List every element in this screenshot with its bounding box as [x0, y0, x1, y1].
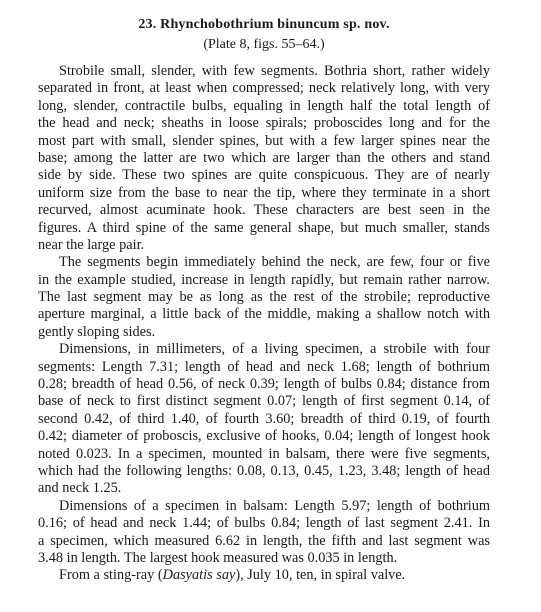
text-line: 3.48 in length. The largest hook measure… — [38, 550, 490, 567]
text-line: Dimensions of a specimen in balsam: Leng… — [38, 498, 490, 515]
paragraph-living-specimen-dimensions: Dimensions, in millimeters, of a living … — [38, 341, 490, 498]
text-line: uniform size from the base to near the t… — [38, 185, 490, 202]
text-line: figures. A third spine of the same gener… — [38, 220, 490, 237]
species-title: 23. Rhynchobothrium binuncum sp. nov. — [38, 17, 490, 33]
host-text-after: ), July 10, ten, in spiral valve. — [235, 567, 405, 583]
text-line: The segments begin immediately behind th… — [38, 254, 490, 271]
paragraph-host-record: From a sting-ray (Dasyatis say), July 10… — [38, 567, 490, 584]
text-line: near the large pair. — [38, 237, 490, 254]
text-line: separated in front, at least when compre… — [38, 80, 490, 97]
text-line: in the example studied, increase in leng… — [38, 272, 490, 289]
paragraph-segments-description: The segments begin immediately behind th… — [38, 254, 490, 341]
text-line: which had the following lengths: 0.08, 0… — [38, 463, 490, 480]
text-line: Dimensions, in millimeters, of a living … — [38, 341, 490, 358]
text-line: 0.42; diameter of proboscis, exclusive o… — [38, 428, 490, 445]
description-body: Strobile small, slender, with few segmen… — [38, 63, 490, 585]
text-line: base; among the latter are two which are… — [38, 150, 490, 167]
text-line: the head and neck; sheaths in loose spir… — [38, 115, 490, 132]
paragraph-balsam-specimen-dimensions: Dimensions of a specimen in balsam: Leng… — [38, 498, 490, 568]
text-line: 0.28; breadth of head 0.56, of neck 0.39… — [38, 376, 490, 393]
text-line: recurved, almost acuminate hook. These c… — [38, 202, 490, 219]
text-line: and neck 1.25. — [38, 480, 490, 497]
text-line: The last segment may be as long as the r… — [38, 289, 490, 306]
paragraph-strobile-description: Strobile small, slender, with few segmen… — [38, 63, 490, 254]
text-line: Strobile small, slender, with few segmen… — [38, 63, 490, 80]
text-line: long, slender, contractile bulbs, equali… — [38, 98, 490, 115]
text-line: From a sting-ray (Dasyatis say), July 10… — [38, 567, 490, 584]
text-line: segments: Length 7.31; length of head an… — [38, 359, 490, 376]
text-line: noted 0.023. In a specimen, mounted in b… — [38, 446, 490, 463]
text-line: aperture marginal, a little back of the … — [38, 306, 490, 323]
text-line: most part with small, slender spines, bu… — [38, 133, 490, 150]
text-line: a specimen, which measured 6.62 in lengt… — [38, 533, 490, 550]
plate-reference: (Plate 8, figs. 55–64.) — [38, 37, 490, 53]
text-line: side by side. These two spines are quite… — [38, 167, 490, 184]
host-text-before: From a sting-ray ( — [59, 567, 163, 583]
text-line: second 0.42, of third 1.40, of fourth 3.… — [38, 411, 490, 428]
host-species-name: Dasyatis say — [163, 567, 236, 583]
text-line: gently sloping sides. — [38, 324, 490, 341]
text-line: base of neck to first distinct segment 0… — [38, 393, 490, 410]
text-line: 0.16; of head and neck 1.44; of bulbs 0.… — [38, 515, 490, 532]
